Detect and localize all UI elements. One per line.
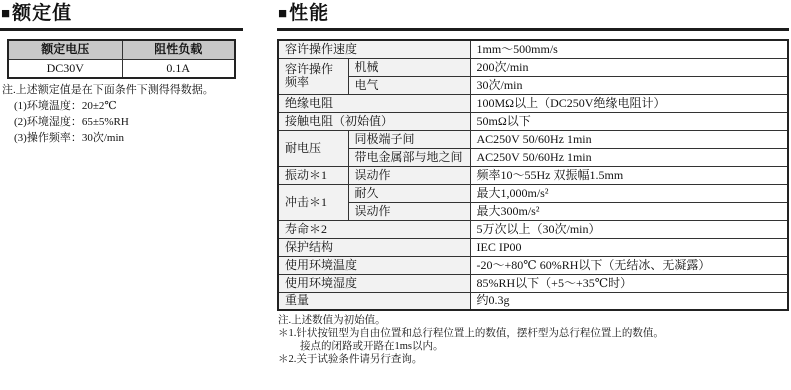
spec-group-cell: 振动＊1 (278, 166, 348, 184)
spec-value-cell: 最大1,000m/s² (470, 184, 788, 202)
spec-value-cell: 50mΩ以下 (470, 112, 788, 130)
rated-voltage-cell: DC30V (8, 59, 122, 78)
performance-note-star2: ＊2.关于试验条件请另行查询。 (278, 353, 791, 366)
spec-value-cell: 30次/min (470, 76, 788, 94)
spec-value-cell: 5万次以上（30次/min） (470, 220, 788, 238)
spec-value-cell: AC250V 50/60Hz 1min (470, 130, 788, 148)
rated-note-intro: 注.上述额定值是在下面条件下测得得数据。 (2, 82, 262, 98)
spec-sub-label-cell: 电气 (348, 76, 470, 94)
spec-sub-label-cell: 同极端子间 (348, 130, 470, 148)
performance-section: ■ 性能 容许操作速度 1mm～500mm/s 容许操作频率 机械 200次/m… (277, 0, 791, 366)
rated-title-rule (0, 28, 243, 31)
spec-group-cell: 容许操作频率 (278, 58, 348, 94)
table-row: 冲击＊1 耐久 最大1,000m/s² (278, 184, 788, 202)
spec-group-cell: 冲击＊1 (278, 184, 348, 220)
spec-value-cell: 100MΩ以上（DC250V绝缘电阻计） (470, 94, 788, 112)
table-row: 耐电压 同极端子间 AC250V 50/60Hz 1min (278, 130, 788, 148)
table-row: 寿命＊2 5万次以上（30次/min） (278, 220, 788, 238)
rated-note-2: (2)环境湿度：65±5%RH (2, 114, 262, 130)
rated-note-3: (3)操作频率：30次/min (2, 130, 262, 146)
spec-label-cell: 容许操作速度 (278, 40, 470, 58)
spec-value-cell: 频率10～55Hz 双振幅1.5mm (470, 166, 788, 184)
spec-value-cell: 1mm～500mm/s (470, 40, 788, 58)
section-marker-icon: ■ (278, 2, 288, 26)
spec-label-cell: 寿命＊2 (278, 220, 470, 238)
spec-value-cell: 最大300m/s² (470, 202, 788, 220)
spec-value-cell: IEC IP00 (470, 238, 788, 256)
performance-title-text: 性能 (289, 2, 329, 26)
performance-note-star1: ＊1.针状按钮型为自由位置和总行程位置上的数值，摆杆型为总行程位置上的数值。 (278, 327, 791, 340)
spec-value-cell: 85%RH以下（+5～+35℃时） (470, 274, 788, 292)
rated-load-cell: 0.1A (122, 59, 235, 78)
spec-value-cell: 约0.3g (470, 292, 788, 310)
performance-title-rule (277, 28, 789, 31)
rated-header-load: 阻性负载 (122, 40, 235, 59)
table-row: 振动＊1 误动作 频率10～55Hz 双振幅1.5mm (278, 166, 788, 184)
table-row: 使用环境湿度 85%RH以下（+5～+35℃时） (278, 274, 788, 292)
table-row: 电气 30次/min (278, 76, 788, 94)
spec-value-cell: -20～+80℃ 60%RH以下（无结冰、无凝露） (470, 256, 788, 274)
spec-sub-label-cell: 机械 (348, 58, 470, 76)
spec-label-cell: 使用环境温度 (278, 256, 470, 274)
table-row: 带电金属部与地之间 AC250V 50/60Hz 1min (278, 148, 788, 166)
spec-value-cell: AC250V 50/60Hz 1min (470, 148, 788, 166)
spec-label-cell: 绝缘电阻 (278, 94, 470, 112)
table-row: 绝缘电阻 100MΩ以上（DC250V绝缘电阻计） (278, 94, 788, 112)
table-row: 接触电阻（初始值） 50mΩ以下 (278, 112, 788, 130)
spec-sub-label-cell: 带电金属部与地之间 (348, 148, 470, 166)
table-row: 重量 约0.3g (278, 292, 788, 310)
spec-sub-label-cell: 误动作 (348, 166, 470, 184)
rated-header-row: 额定电压 阻性负载 (8, 40, 235, 59)
spec-sub-label-cell: 误动作 (348, 202, 470, 220)
rated-section-title: ■ 额定值 (1, 2, 262, 26)
spec-label-cell: 使用环境湿度 (278, 274, 470, 292)
table-row: 使用环境温度 -20～+80℃ 60%RH以下（无结冰、无凝露） (278, 256, 788, 274)
rated-note-1: (1)环境温度：20±2℃ (2, 98, 262, 114)
table-row: 容许操作频率 机械 200次/min (278, 58, 788, 76)
rated-table: 额定电压 阻性负载 DC30V 0.1A (7, 39, 236, 79)
spec-group-cell: 耐电压 (278, 130, 348, 166)
spec-sub-label-cell: 耐久 (348, 184, 470, 202)
rated-notes: 注.上述额定值是在下面条件下测得得数据。 (1)环境温度：20±2℃ (2)环境… (2, 82, 262, 146)
spec-value-cell: 200次/min (470, 58, 788, 76)
performance-note-intro: 注.上述数值为初始值。 (278, 314, 791, 327)
rated-header-voltage: 额定电压 (8, 40, 122, 59)
spec-label-cell: 保护结构 (278, 238, 470, 256)
table-row: 误动作 最大300m/s² (278, 202, 788, 220)
spec-label-cell: 接触电阻（初始值） (278, 112, 470, 130)
rated-title-text: 额定值 (12, 2, 72, 26)
datasheet-page: ■ 额定值 额定电压 阻性负载 DC30V 0.1A 注.上述额定值是在下面条件… (0, 0, 791, 390)
section-marker-icon: ■ (1, 2, 11, 26)
performance-note-star1b: 接点的闭路或开路在1ms以内。 (278, 340, 791, 353)
spec-label-cell: 重量 (278, 292, 470, 310)
performance-notes: 注.上述数值为初始值。 ＊1.针状按钮型为自由位置和总行程位置上的数值，摆杆型为… (278, 314, 791, 366)
table-row: 容许操作速度 1mm～500mm/s (278, 40, 788, 58)
rated-values-section: ■ 额定值 额定电压 阻性负载 DC30V 0.1A 注.上述额定值是在下面条件… (0, 0, 262, 146)
performance-table: 容许操作速度 1mm～500mm/s 容许操作频率 机械 200次/min 电气… (277, 39, 789, 311)
rated-data-row: DC30V 0.1A (8, 59, 235, 78)
performance-section-title: ■ 性能 (278, 2, 791, 26)
table-row: 保护结构 IEC IP00 (278, 238, 788, 256)
